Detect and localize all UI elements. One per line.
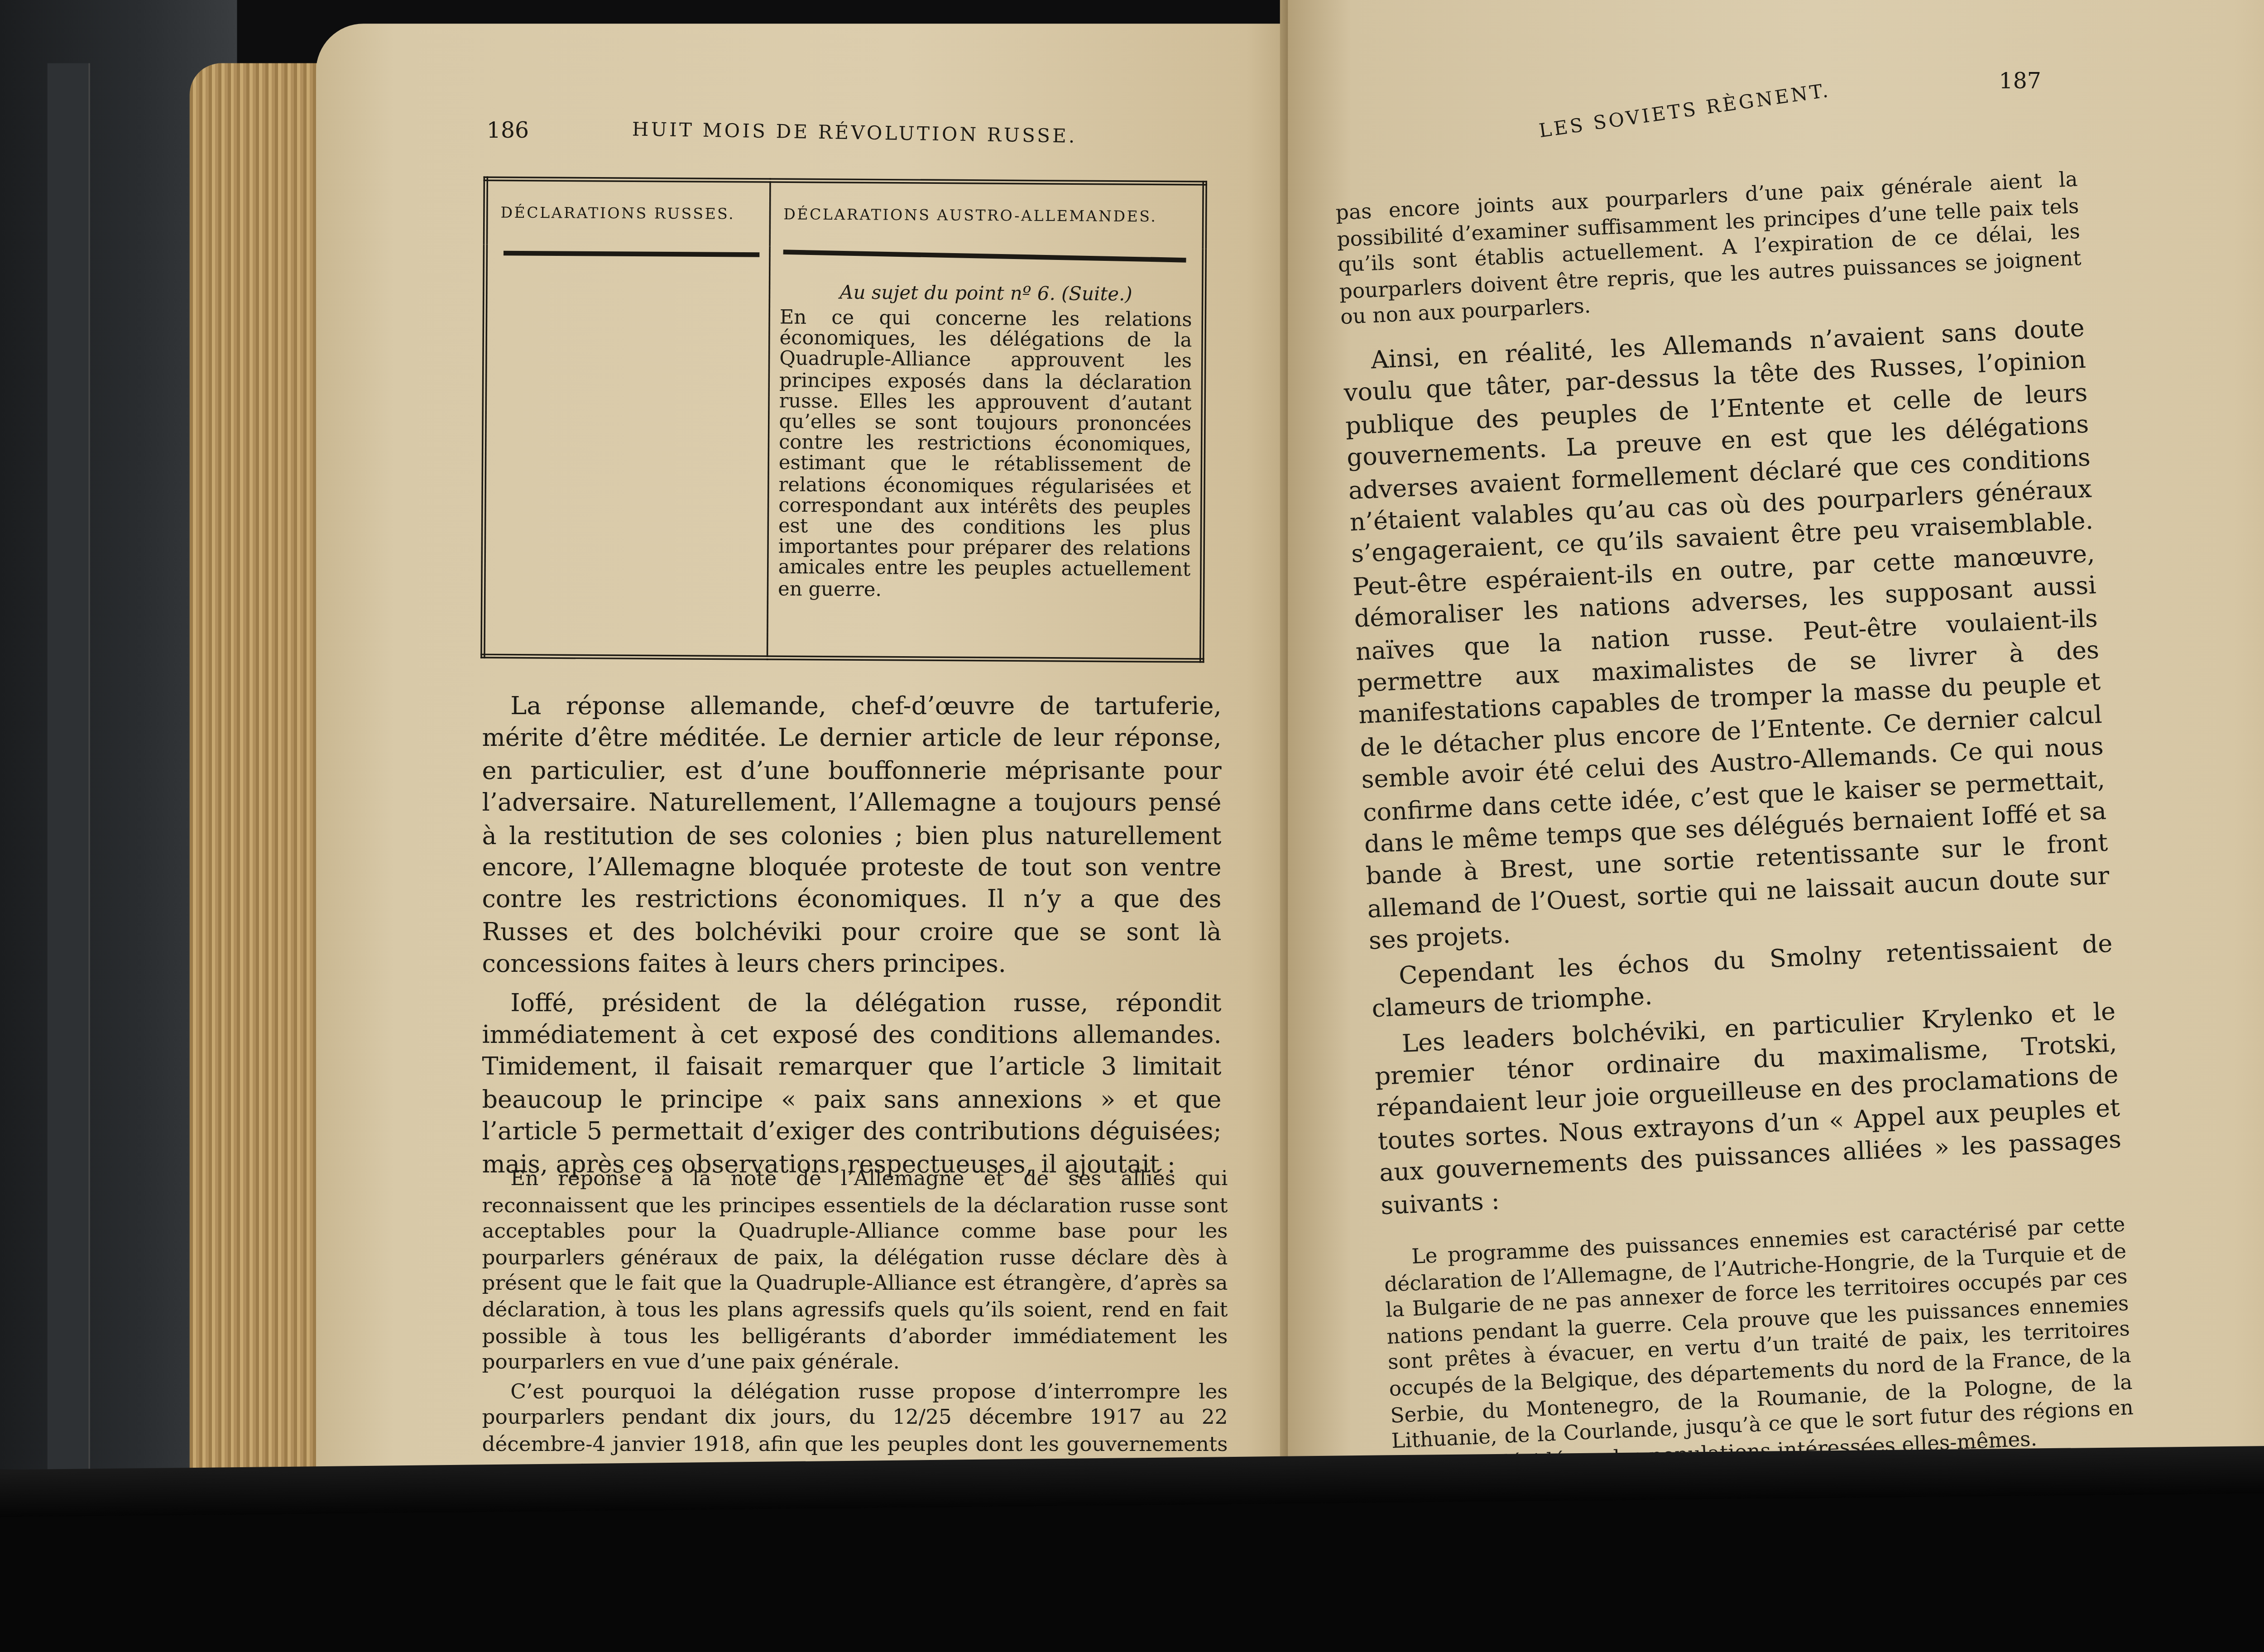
photo-stage: 186 HUIT MOIS DE RÉVOLUTION RUSSE. DÉCLA…	[0, 0, 2264, 1652]
display-case-bottom-frame	[0, 1470, 2264, 1652]
quotation-paragraph: Le programme des puissances ennemies est…	[1383, 1214, 2135, 1483]
left-quotation: En réponse à la note de l’Allemagne et d…	[482, 1168, 1228, 1486]
declarations-table: DÉCLARATIONS RUSSES. DÉCLARATIONS AUSTRO…	[480, 176, 1207, 663]
quotation-continued: pas encore joints aux pourparlers d’une …	[1335, 168, 2083, 333]
right-text-block: pas encore joints aux pourparlers d’une …	[1335, 168, 2140, 1588]
right-body-text: Ainsi, en réalité, les Allemands n’avaie…	[1342, 312, 2123, 1222]
right-page: 187 LES SOVIETS RÈGNENT. pas encore join…	[1288, 0, 2264, 1494]
table-subheading: Au sujet du point nº 6. (Suite.)	[770, 281, 1202, 306]
left-page: 186 HUIT MOIS DE RÉVOLUTION RUSSE. DÉCLA…	[316, 24, 1296, 1501]
page-number-left: 186	[487, 119, 529, 144]
left-body-text: La réponse allemande, chef-d’œuvre de ta…	[482, 691, 1221, 1181]
running-head-right: LES SOVIETS RÈGNENT.	[1538, 79, 1832, 142]
paragraph: La réponse allemande, chef-d’œuvre de ta…	[482, 691, 1221, 981]
austro-german-declarations-cell: Au sujet du point nº 6. (Suite.) En ce q…	[767, 246, 1204, 660]
table-cell-text: En ce qui concerne les relations économi…	[768, 306, 1202, 601]
display-case-rail	[48, 63, 90, 1486]
table-header-russian: DÉCLARATIONS RUSSES.	[485, 179, 770, 246]
quotation-paragraph: En réponse à la note de l’Allemagne et d…	[482, 1168, 1228, 1378]
paragraph: Les leaders bolchéviki, en particulier K…	[1373, 995, 2124, 1222]
column-rule	[504, 251, 759, 257]
page-number-right: 187	[1999, 70, 2041, 95]
table-header-austro-german: DÉCLARATIONS AUSTRO-ALLEMANDES.	[770, 181, 1205, 249]
paragraph: Ainsi, en réalité, les Allemands n’avaie…	[1342, 312, 2111, 958]
running-head-left: HUIT MOIS DE RÉVOLUTION RUSSE.	[632, 118, 1077, 147]
paragraph: Ioffé, président de la délégation russe,…	[482, 987, 1221, 1181]
russian-declarations-cell	[483, 245, 770, 658]
